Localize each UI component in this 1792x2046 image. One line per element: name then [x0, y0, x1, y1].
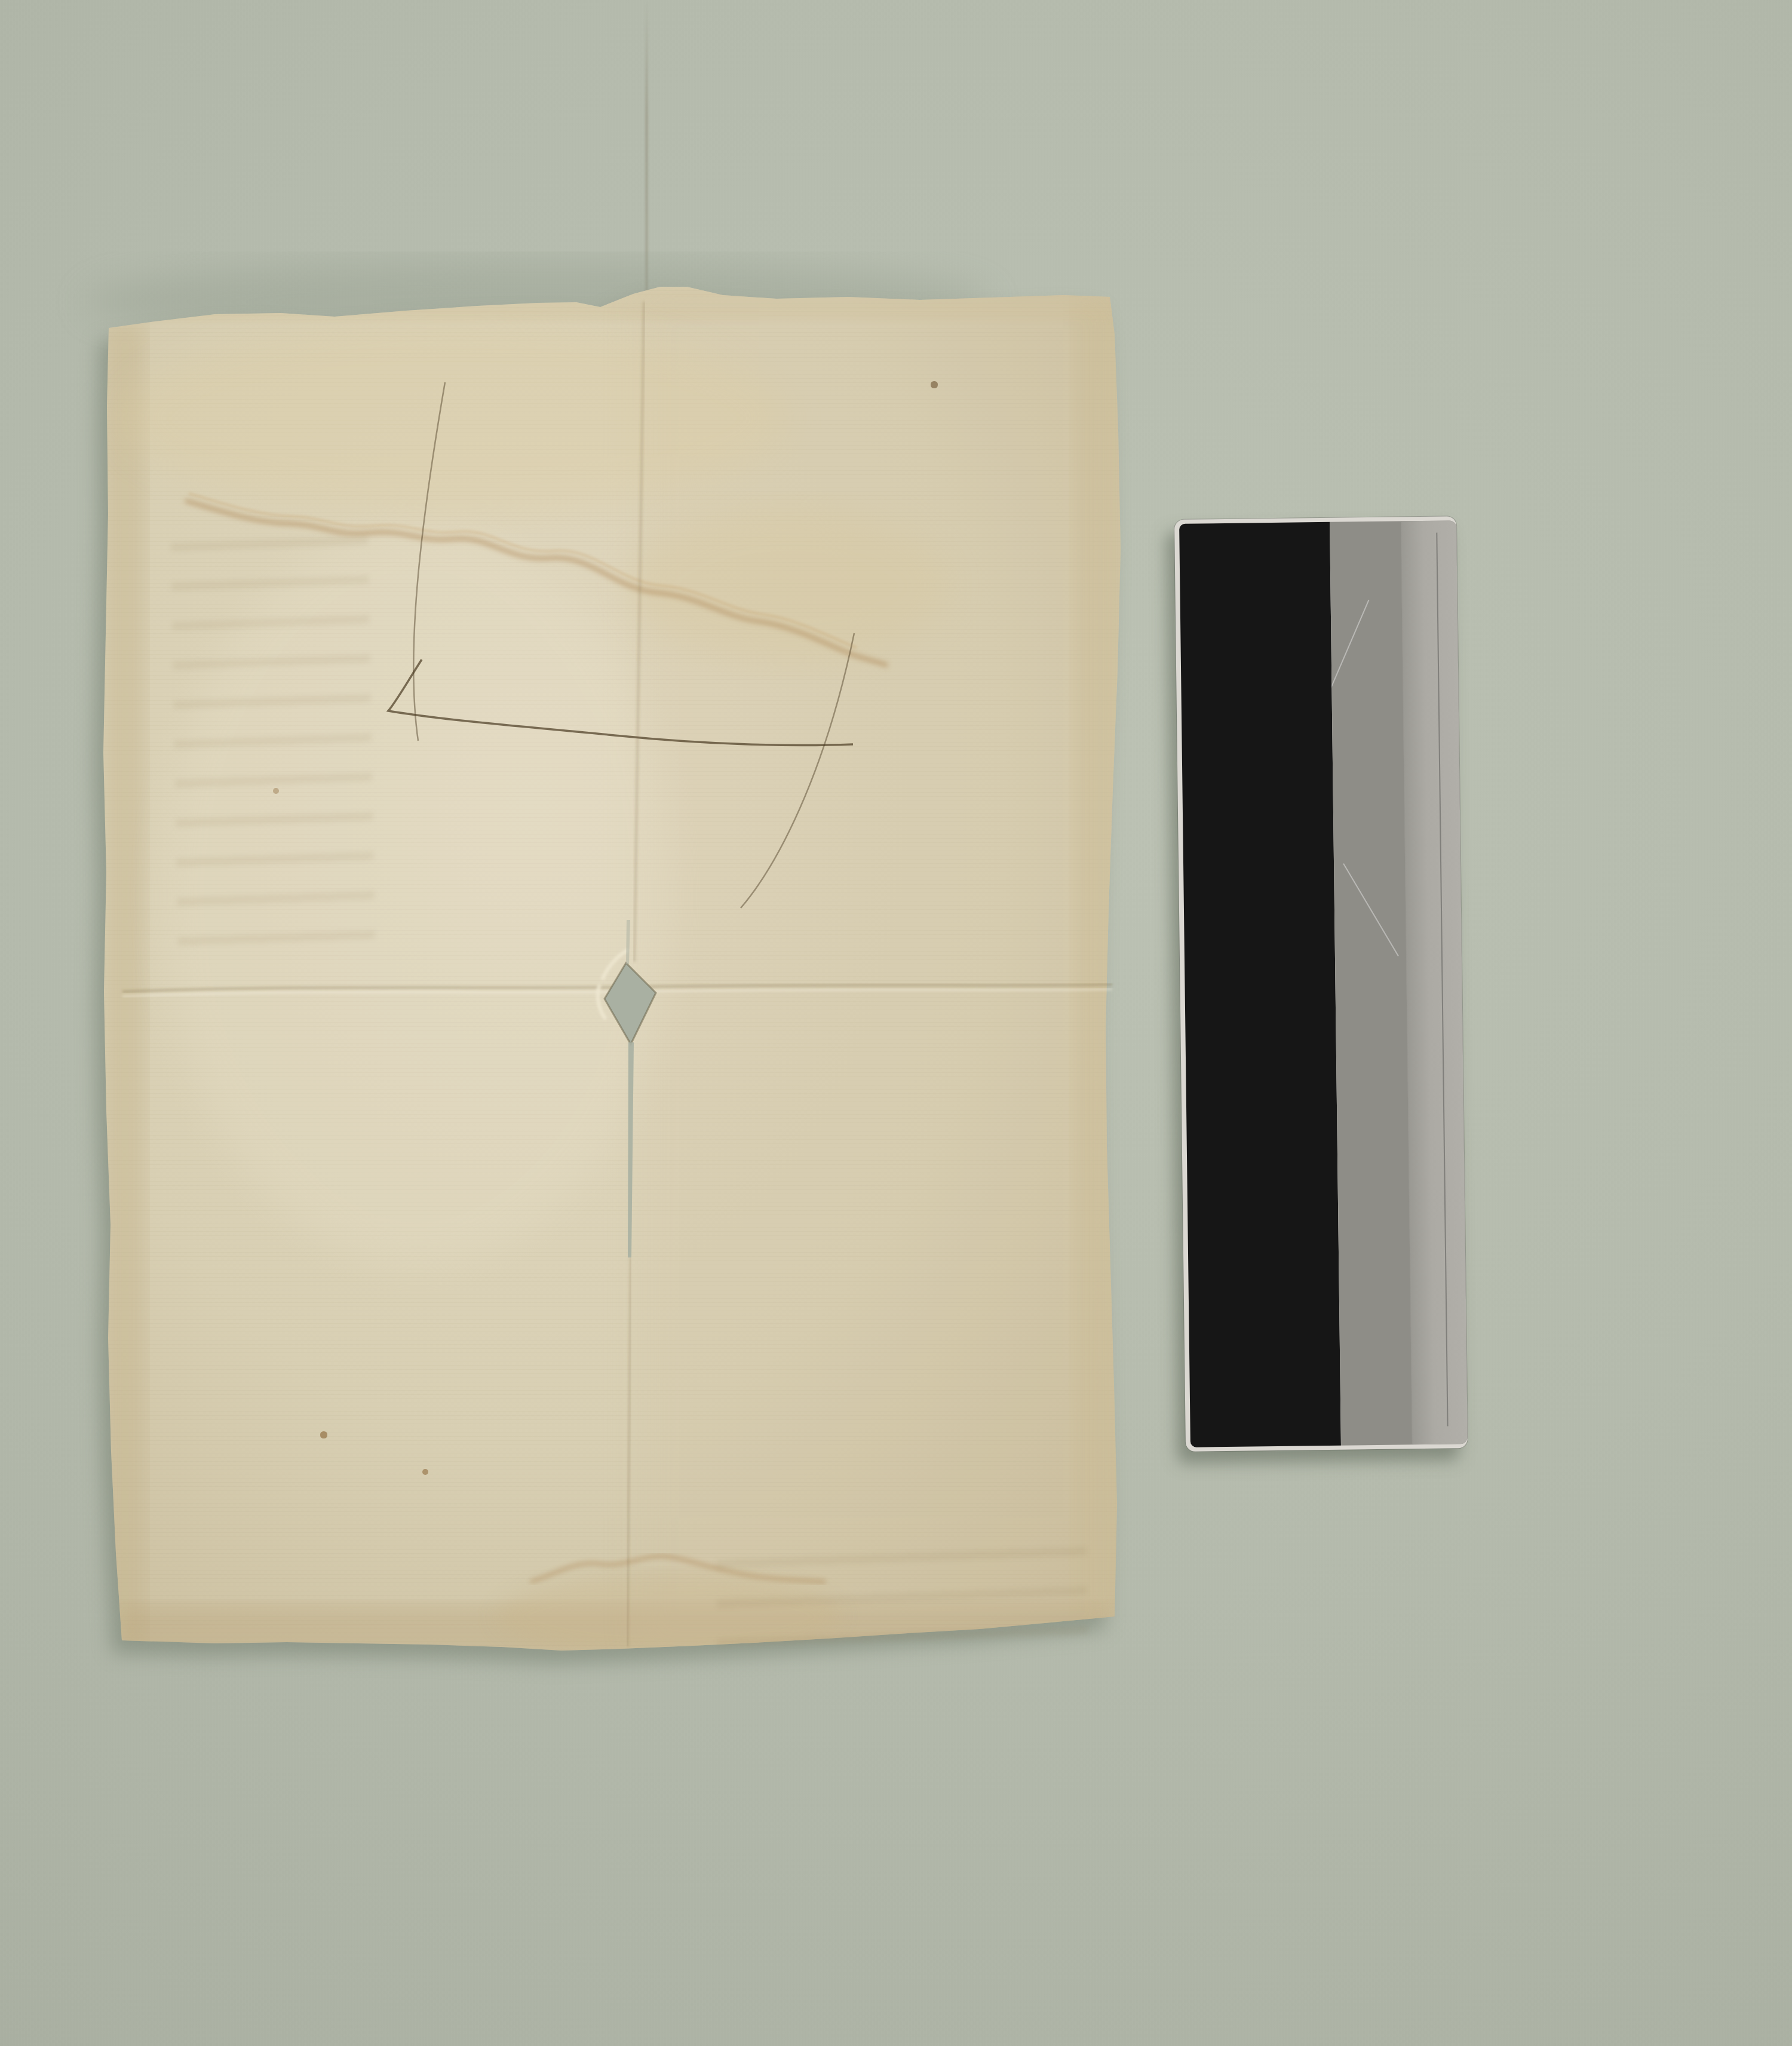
color-target [1174, 516, 1468, 1452]
foxing-specks [0, 0, 2, 2]
archival-photo-scene [0, 0, 1792, 2046]
color-patches [1179, 522, 1341, 1447]
ruler [1401, 520, 1468, 1444]
cm-baseline [1436, 533, 1448, 1427]
backdrop-seam-line [645, 0, 648, 335]
show-through-ghost [716, 1538, 1088, 1646]
manuscript-text-block [333, 357, 1128, 1552]
scratch-mark [1330, 600, 1369, 743]
color-target-label-bar [1330, 520, 1468, 1445]
scratch-mark [1343, 863, 1399, 956]
